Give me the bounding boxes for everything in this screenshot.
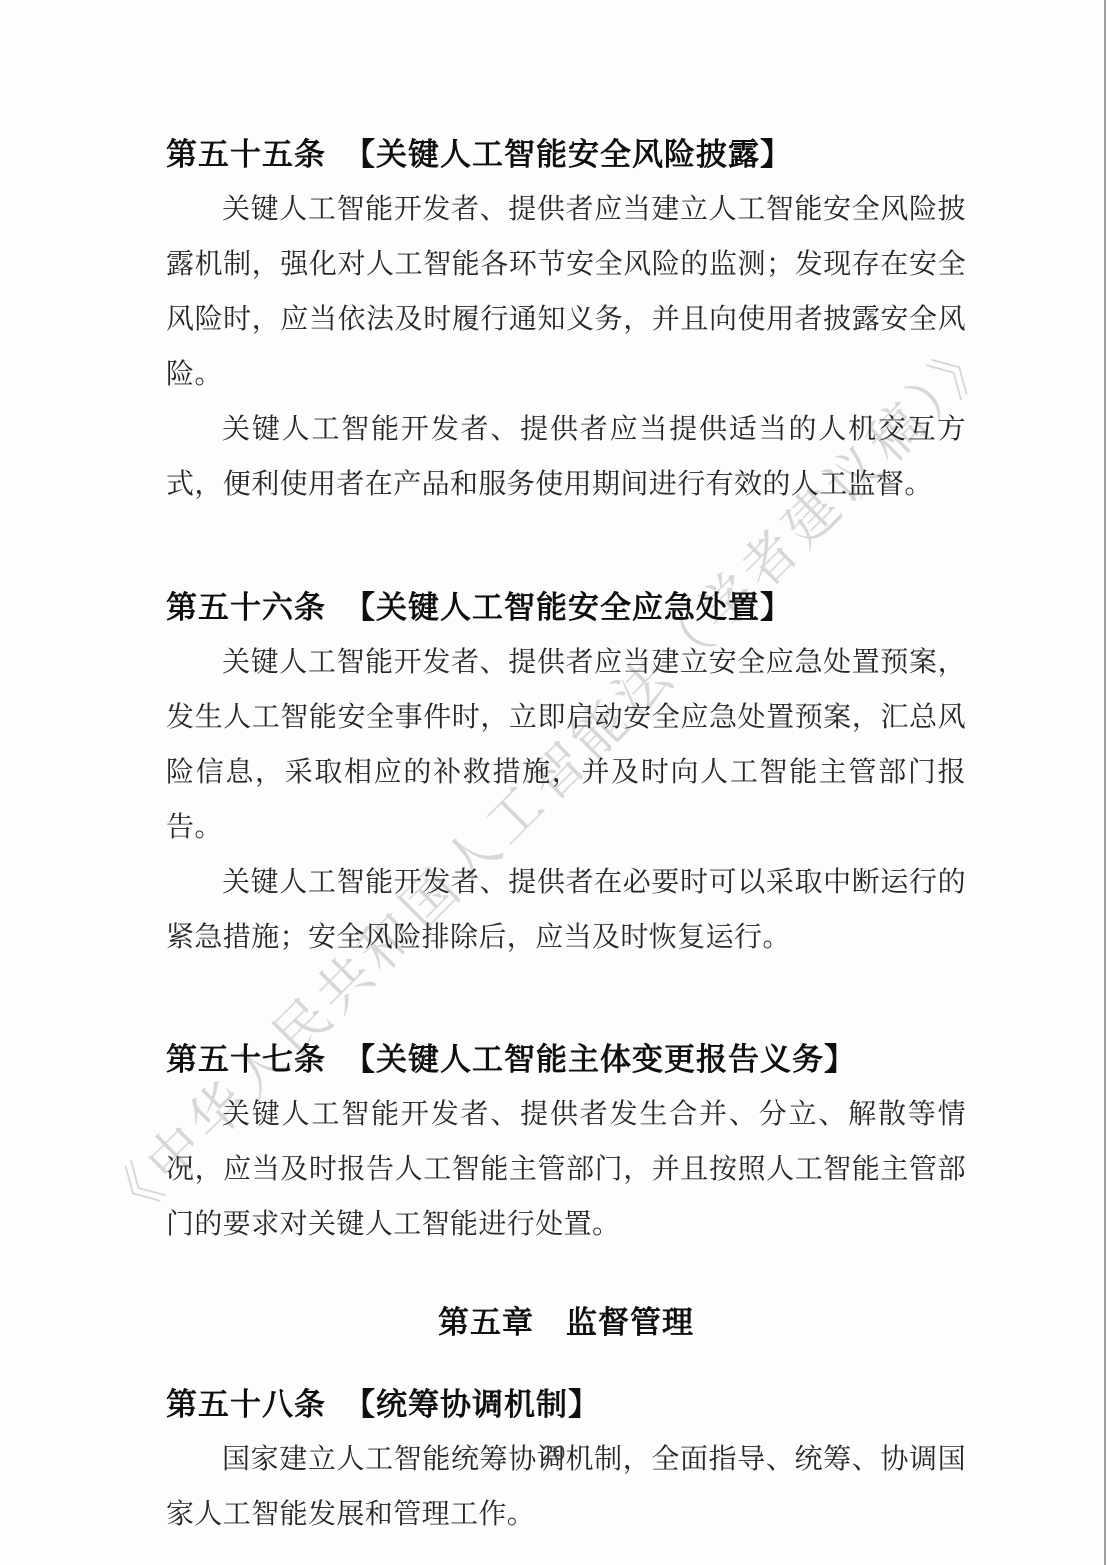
article-number: 第五十八条 — [166, 1387, 326, 1422]
article-56: 第五十六条【关键人工智能安全应急处置】 关键人工智能开发者、提供者应当建立安全应… — [166, 580, 966, 965]
article-title: 【关键人工智能主体变更报告义务】 — [344, 1042, 856, 1077]
article-number: 第五十七条 — [166, 1042, 326, 1077]
article-title: 【统筹协调机制】 — [344, 1387, 600, 1422]
article-57: 第五十七条【关键人工智能主体变更报告义务】 关键人工智能开发者、提供者发生合并、… — [166, 1032, 966, 1252]
article-paragraph: 关键人工智能开发者、提供者应当提供适当的人机交互方式，便利使用者在产品和服务使用… — [166, 402, 966, 512]
article-paragraph: 关键人工智能开发者、提供者在必要时可以采取中断运行的紧急措施；安全风险排除后，应… — [166, 855, 966, 965]
article-title: 【关键人工智能安全应急处置】 — [344, 590, 792, 625]
article-number: 第五十五条 — [166, 137, 326, 172]
article-55: 第五十五条【关键人工智能安全风险披露】 关键人工智能开发者、提供者应当建立人工智… — [166, 127, 966, 512]
article-heading: 第五十六条【关键人工智能安全应急处置】 — [166, 580, 966, 635]
article-number: 第五十六条 — [166, 590, 326, 625]
article-heading: 第五十五条【关键人工智能安全风险披露】 — [166, 127, 966, 182]
article-paragraph: 关键人工智能开发者、提供者应当建立安全应急处置预案，发生人工智能安全事件时，立即… — [166, 635, 966, 855]
article-heading: 第五十八条【统筹协调机制】 — [166, 1377, 966, 1432]
article-paragraph: 关键人工智能开发者、提供者应当建立人工智能安全风险披露机制，强化对人工智能各环节… — [166, 182, 966, 402]
scan-edge-line — [1104, 0, 1106, 1565]
article-heading: 第五十七条【关键人工智能主体变更报告义务】 — [166, 1032, 966, 1087]
document-page: 《中华人民共和国人工智能法（学者建议稿）》 第五十五条【关键人工智能安全风险披露… — [0, 0, 1107, 1565]
article-paragraph: 关键人工智能开发者、提供者发生合并、分立、解散等情况，应当及时报告人工智能主管部… — [166, 1087, 966, 1252]
chapter-heading: 第五章 监督管理 — [166, 1295, 966, 1350]
article-title: 【关键人工智能安全风险披露】 — [344, 137, 792, 172]
page-content: 第五十五条【关键人工智能安全风险披露】 关键人工智能开发者、提供者应当建立人工智… — [0, 0, 1107, 1542]
page-number: 20 — [0, 1442, 1107, 1466]
